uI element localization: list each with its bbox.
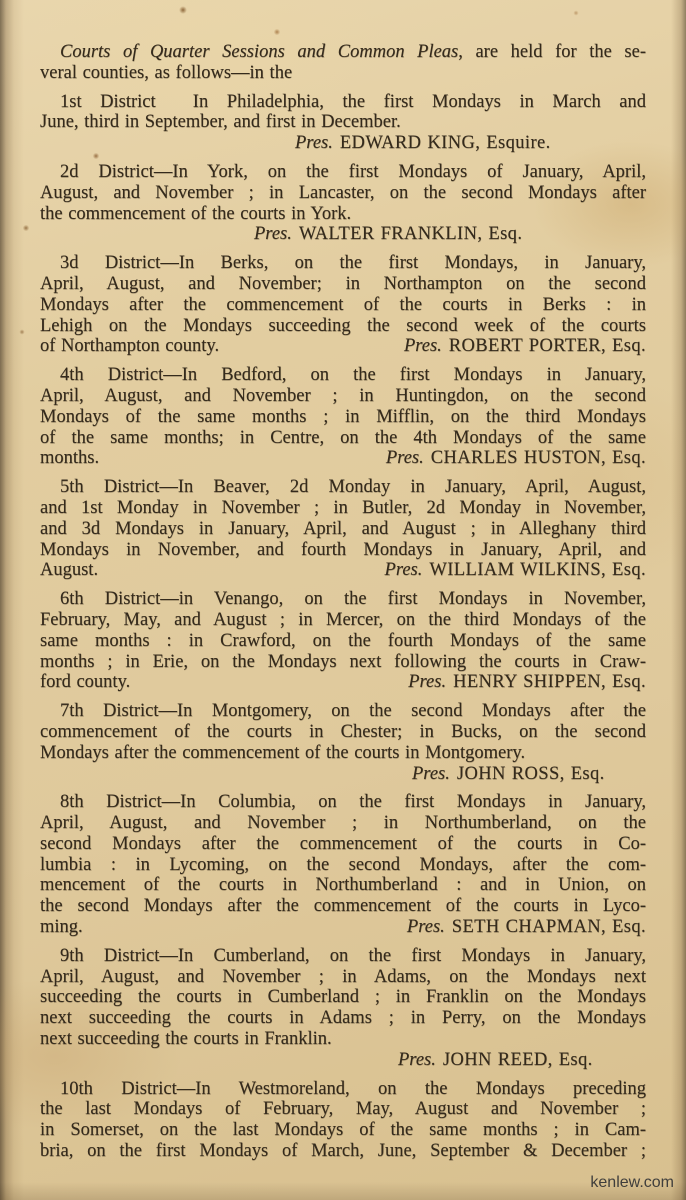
district-line: Mondays in November, and fourth Mondays … xyxy=(40,540,646,561)
district-line-with-president: of Northampton county.Pres.ROBERT PORTER… xyxy=(40,336,646,357)
district-line: in Somerset, on the last Mondays of the … xyxy=(40,1120,646,1141)
district-line: August. xyxy=(40,560,98,581)
pres-name: EDWARD KING, Esquire. xyxy=(340,133,551,153)
pres-name: JOHN REED, Esq. xyxy=(443,1050,593,1070)
president-credit: Pres.JOHN ROSS, Esq. xyxy=(412,764,646,785)
district-line: the commencement of the courts in York. xyxy=(40,204,646,225)
district-line: 3d District—In Berks, on the first Monda… xyxy=(40,253,646,274)
district-line: next succeeding the courts in Franklin. xyxy=(40,1029,646,1050)
page-content: Courts of Quarter Sessions and Common Pl… xyxy=(40,42,646,1162)
intro-italic-title: Courts of Quarter Sessions and Common Pl… xyxy=(60,42,458,62)
district-line: Mondays of the same months ; in Mifflin,… xyxy=(40,407,646,428)
pres-name: HENRY SHIPPEN, Esq. xyxy=(453,672,646,692)
pres-label: Pres. xyxy=(412,764,457,784)
scanned-page: Courts of Quarter Sessions and Common Pl… xyxy=(0,0,686,1200)
district-line: 6th District—in Venango, on the first Mo… xyxy=(40,589,646,610)
district-entry: 9th District—In Cumberland, on the first… xyxy=(40,946,646,1071)
district-line: the last Mondays of February, May, Augus… xyxy=(40,1099,646,1120)
pres-label: Pres. xyxy=(404,336,449,356)
district-line: bria, on the first Mondays of March, Jun… xyxy=(40,1141,646,1162)
district-line-with-president: ming.Pres.SETH CHAPMAN, Esq. xyxy=(40,917,646,938)
district-entry: 10th District—In Westmoreland, on the Mo… xyxy=(40,1079,646,1162)
district-line: ming. xyxy=(40,917,83,938)
district-line: February, May, and August ; in Mercer, o… xyxy=(40,610,646,631)
district-line: 9th District—In Cumberland, on the first… xyxy=(40,946,646,967)
president-credit: Pres.CHARLES HUSTON, Esq. xyxy=(386,448,646,469)
district-entry: 3d District—In Berks, on the first Monda… xyxy=(40,253,646,357)
pres-label: Pres. xyxy=(407,917,452,937)
pres-label: Pres. xyxy=(386,448,431,468)
district-line: months. xyxy=(40,448,99,469)
district-line: same months : in Crawford, on the fourth… xyxy=(40,631,646,652)
intro-paragraph: Courts of Quarter Sessions and Common Pl… xyxy=(40,42,646,84)
district-line: of the same months; in Centre, on the 4t… xyxy=(40,428,646,449)
pres-name: JOHN ROSS, Esq. xyxy=(457,764,605,784)
district-line: 8th District—In Columbia, on the first M… xyxy=(40,792,646,813)
pres-label: Pres. xyxy=(385,560,430,580)
district-line: Mondays after the commencement of the co… xyxy=(40,295,646,316)
president-credit: Pres.HENRY SHIPPEN, Esq. xyxy=(408,672,646,693)
district-line: 10th District—In Westmoreland, on the Mo… xyxy=(40,1079,646,1100)
pres-name: CHARLES HUSTON, Esq. xyxy=(431,448,646,468)
president-credit: Pres.WILLIAM WILKINS, Esq. xyxy=(385,560,646,581)
district-line: ford county. xyxy=(40,672,130,693)
watermark-text: kenlew.com xyxy=(590,1174,674,1192)
district-line: months ; in Erie, on the Mondays next fo… xyxy=(40,652,646,673)
district-line-with-president: months.Pres.CHARLES HUSTON, Esq. xyxy=(40,448,646,469)
district-line: August, and November ; in Lancaster, on … xyxy=(40,183,646,204)
pres-name: SETH CHAPMAN, Esq. xyxy=(452,917,646,937)
district-line: and 3d Mondays in January, April, and Au… xyxy=(40,519,646,540)
district-entry: 4th District—In Bedford, on the first Mo… xyxy=(40,365,646,469)
district-line: 2d District—In York, on the first Monday… xyxy=(40,162,646,183)
pres-name: WILLIAM WILKINS, Esq. xyxy=(429,560,646,580)
district-list: 1st District In Philadelphia, the first … xyxy=(40,92,646,1162)
district-line: Mondays after the commencement of the co… xyxy=(40,743,646,764)
pres-label: Pres. xyxy=(295,133,340,153)
president-credit: Pres.WALTER FRANKLIN, Esq. xyxy=(254,224,646,245)
district-entry: 8th District—In Columbia, on the first M… xyxy=(40,792,646,938)
district-entry: 5th District—In Beaver, 2d Monday in Jan… xyxy=(40,477,646,581)
district-line: Lehigh on the Mondays succeeding the sec… xyxy=(40,316,646,337)
district-line: of Northampton county. xyxy=(40,336,219,357)
district-line: June, third in September, and first in D… xyxy=(40,112,646,133)
district-line: 7th District—In Montgomery, on the secon… xyxy=(40,701,646,722)
district-line: April, August, and November ; in Adams, … xyxy=(40,967,646,988)
pres-label: Pres. xyxy=(398,1050,443,1070)
district-entry: 2d District—In York, on the first Monday… xyxy=(40,162,646,245)
district-entry: 6th District—in Venango, on the first Mo… xyxy=(40,589,646,693)
president-credit: Pres.JOHN REED, Esq. xyxy=(398,1050,646,1071)
district-line: and 1st Monday in November ; in Butler, … xyxy=(40,498,646,519)
president-credit: Pres.EDWARD KING, Esquire. xyxy=(295,133,646,154)
district-line: succeeding the courts in Cumberland ; in… xyxy=(40,987,646,1008)
district-line: April, August, and November ; in Hunting… xyxy=(40,386,646,407)
president-credit: Pres.SETH CHAPMAN, Esq. xyxy=(407,917,646,938)
district-line: second Mondays after the commencement of… xyxy=(40,834,646,855)
district-entry: 7th District—In Montgomery, on the secon… xyxy=(40,701,646,784)
pres-label: Pres. xyxy=(408,672,453,692)
district-line: April, August, and November; in Northamp… xyxy=(40,274,646,295)
pres-name: ROBERT PORTER, Esq. xyxy=(449,336,646,356)
district-line: 5th District—In Beaver, 2d Monday in Jan… xyxy=(40,477,646,498)
district-line: April, August, and November ; in Northum… xyxy=(40,813,646,834)
district-line: mencement of the courts in Northumberlan… xyxy=(40,875,646,896)
intro-line-1: Courts of Quarter Sessions and Common Pl… xyxy=(40,42,646,63)
district-line: next succeeding the courts in Adams ; in… xyxy=(40,1008,646,1029)
pres-label: Pres. xyxy=(254,224,299,244)
intro-lead-rest: , are held for the se- xyxy=(458,42,646,62)
president-credit: Pres.ROBERT PORTER, Esq. xyxy=(404,336,646,357)
district-line: lumbia : in Lycoming, on the second Mond… xyxy=(40,855,646,876)
district-line-with-president: ford county.Pres.HENRY SHIPPEN, Esq. xyxy=(40,672,646,693)
district-line: 4th District—In Bedford, on the first Mo… xyxy=(40,365,646,386)
pres-name: WALTER FRANKLIN, Esq. xyxy=(299,224,523,244)
district-line: the second Mondays after the commencemen… xyxy=(40,896,646,917)
district-line: commencement of the courts in Chester; i… xyxy=(40,722,646,743)
district-line-with-president: August.Pres.WILLIAM WILKINS, Esq. xyxy=(40,560,646,581)
district-entry: 1st District In Philadelphia, the first … xyxy=(40,92,646,154)
district-line: 1st District In Philadelphia, the first … xyxy=(40,92,646,113)
intro-line-2: veral counties, as follows—in the xyxy=(40,63,646,84)
